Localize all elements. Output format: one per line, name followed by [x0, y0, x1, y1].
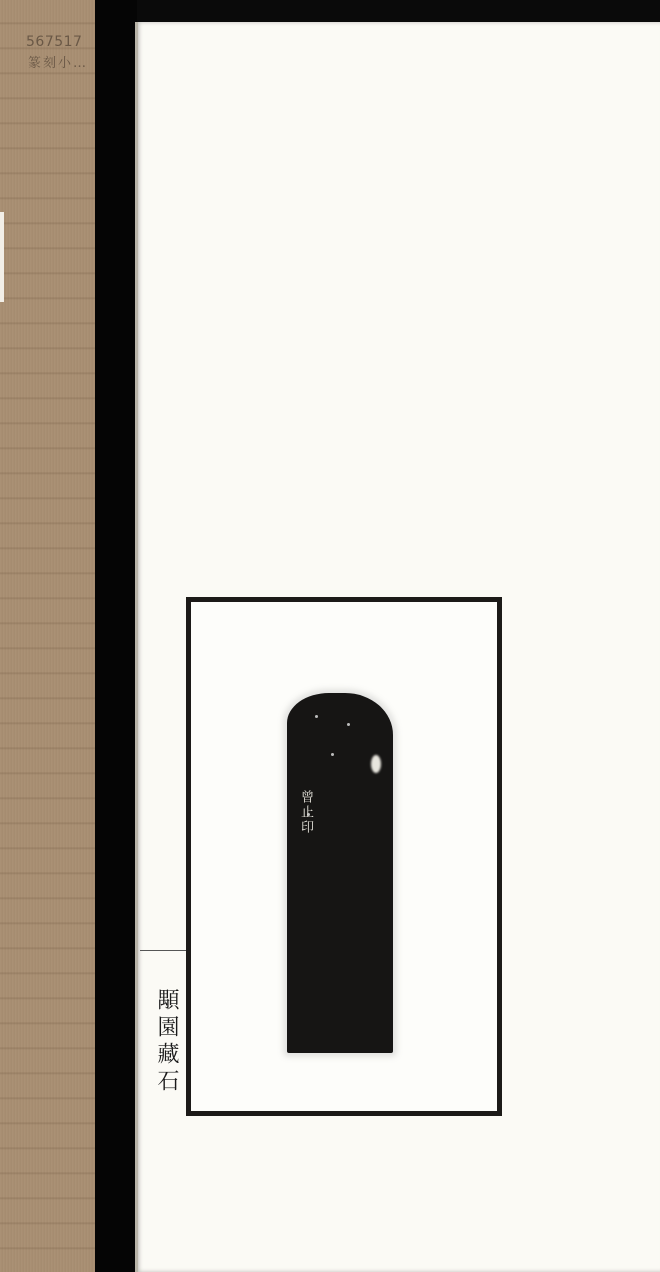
book-spine-shadow — [95, 0, 137, 1272]
collection-label: 顒園藏石 — [153, 988, 179, 1096]
label-rule-line — [140, 950, 186, 951]
seal-inscription: 曾止印 — [298, 790, 312, 835]
cardboard-backing-strip: 567517 篆刻小… — [0, 0, 95, 1272]
rubbing-highlight — [371, 755, 381, 773]
rubbing-speck — [347, 723, 350, 726]
rubbing-speck — [315, 715, 318, 718]
catalog-title: 篆刻小… — [28, 52, 88, 71]
seal-side-rubbing — [287, 693, 393, 1053]
catalog-number: 567517 — [26, 34, 82, 50]
rubbing-speck — [331, 753, 334, 756]
page-edge — [135, 22, 138, 1272]
paper-slip — [0, 212, 4, 302]
